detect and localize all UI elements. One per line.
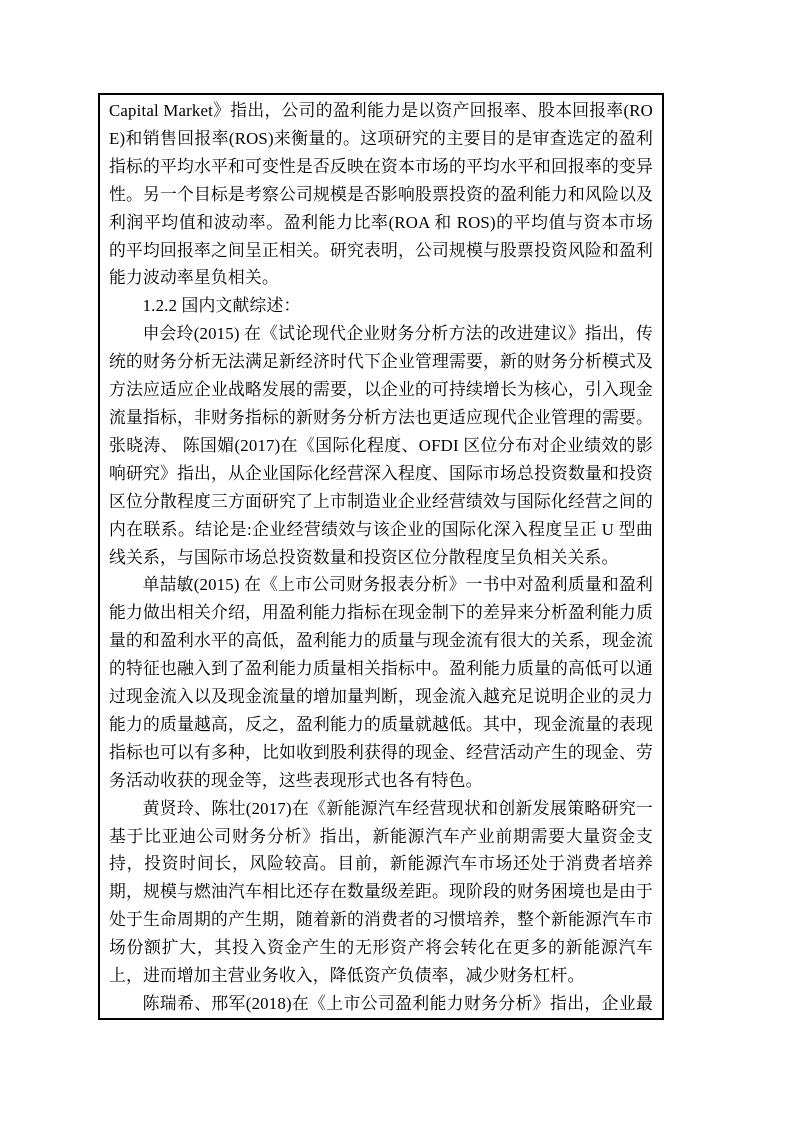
overflow-paragraph-capital-market: Capital Market》指出，公司的盈利能力是以资产回报率、股本回报率(R…: [109, 97, 653, 292]
paragraph-chen-ruixi-xing-jun: 陈瑞希、邢军(2018)在《上市公司盈利能力财务分析》指出，企业最为注重的就是盈…: [109, 990, 653, 1020]
text-frame: Capital Market》指出，公司的盈利能力是以资产回报率、股本回报率(R…: [98, 93, 664, 1020]
paragraph-shan-zhemin: 单喆敏(2015) 在《上市公司财务报表分析》一书中对盈利质量和盈利能力做出相关…: [109, 571, 653, 794]
section-heading-1-2-2: 1.2.2 国内文献综述：: [109, 292, 653, 320]
paragraph-huang-xianling-chen-zhuang: 黄贤玲、陈壮(2017)在《新能源汽车经营现状和创新发展策略研究一基于比亚迪公司…: [109, 795, 653, 990]
document-page: { "page": { "background_color": "#ffffff…: [0, 0, 793, 1122]
paragraph-shen-huiling-zhang-xiaotao: 申会玲(2015) 在《试论现代企业财务分析方法的改进建议》指出，传统的财务分析…: [109, 320, 653, 571]
